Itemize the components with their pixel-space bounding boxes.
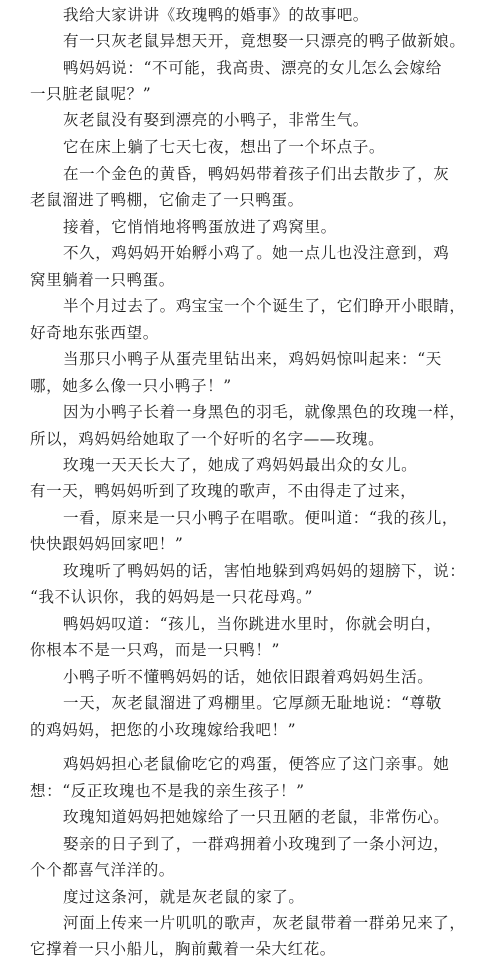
text-line: 当那只小鸭子从蛋壳里钻出来，鸡妈妈惊叫起来：“天 [63, 347, 442, 371]
text-line: 窝里躺着一只鸭蛋。 [30, 268, 175, 292]
text-line: 在一个金色的黄昏，鸭妈妈带着孩子们出去散步了，灰 [63, 162, 449, 186]
text-line: 的鸡妈妈，把您的小玫瑰嫁给我吧！” [30, 718, 296, 742]
text-line: 你根本不是一只鸡，而是一只鸭！” [30, 638, 280, 662]
text-line: 不久，鸡妈妈开始孵小鸡了。她一点儿也没注意到，鸡 [63, 241, 449, 265]
text-line: “我不认识你，我的妈妈是一只花母鸡。” [30, 585, 313, 609]
text-line: 一看，原来是一只小鸭子在唱歌。便叫道：“我的孩儿， [63, 506, 458, 530]
text-line: 有一天，鸭妈妈听到了玫瑰的歌声，不由得走了过来， [30, 479, 416, 503]
text-line: 鸡妈妈担心老鼠偷吃它的鸡蛋，便答应了这门亲事。她 [63, 752, 449, 776]
text-line: 娶亲的日子到了，一群鸡拥着小玫瑰到了一条小河边， [63, 832, 449, 856]
text-line: 老鼠溜进了鸭棚，它偷走了一只鸭蛋。 [30, 188, 304, 212]
text-line: 我给大家讲讲《玫瑰鸭的婚事》的故事吧。 [63, 3, 369, 27]
text-line: 河面上传来一片叽叽的歌声，灰老鼠带着一群弟兄来了， [63, 911, 466, 935]
text-line: 因为小鸭子长着一身黑色的羽毛，就像黑色的玫瑰一样， [63, 400, 466, 424]
text-line: 快快跟妈妈回家吧！” [30, 532, 183, 556]
text-line: 个个都喜气洋洋的。 [30, 858, 175, 882]
text-line: 小鸭子听不懂鸭妈妈的话，她依旧跟着鸡妈妈生活。 [63, 665, 433, 689]
text-line: 一天，灰老鼠溜进了鸡棚里。它厚颜无耻地说：“尊敬 [63, 691, 442, 715]
text-line: 它在床上躺了七天七夜，想出了一个坏点子。 [63, 135, 385, 159]
text-line: 半个月过去了。鸡宝宝一个个诞生了，它们睁开小眼睛， [63, 294, 466, 318]
text-line: 哪，她多么像一只小鸭子！” [30, 374, 232, 398]
text-line: 玫瑰听了鸭妈妈的话，害怕地躲到鸡妈妈的翅膀下，说： [63, 559, 466, 583]
text-line: 它撑着一只小船儿，胸前戴着一朵大红花。 [30, 937, 336, 961]
text-line: 想：“反正玫瑰也不是我的亲生孩子！” [30, 779, 305, 803]
story-page: 我给大家讲讲《玫瑰鸭的婚事》的故事吧。有一只灰老鼠异想天开，竟想娶一只漂亮的鸭子… [0, 0, 500, 963]
text-line: 接着，它悄悄地将鸭蛋放进了鸡窝里。 [63, 215, 337, 239]
text-line: 度过这条河，就是灰老鼠的家了。 [63, 885, 305, 909]
text-line: 鸭妈妈说：“不可能，我高贵、漂亮的女儿怎么会嫁给 [63, 56, 442, 80]
text-line: 灰老鼠没有娶到漂亮的小鸭子，非常生气。 [63, 108, 369, 132]
text-line: 好奇地东张西望。 [30, 321, 159, 345]
text-line: 鸭妈妈叹道：“孩儿，当你跳进水里时，你就会明白， [63, 612, 442, 636]
text-line: 一只脏老鼠呢？” [30, 82, 151, 106]
text-line: 玫瑰一天天长大了，她成了鸡妈妈最出众的女儿。 [63, 453, 417, 477]
text-line: 玫瑰知道妈妈把她嫁给了一只丑陋的老鼠，非常伤心。 [63, 805, 449, 829]
text-line: 有一只灰老鼠异想天开，竟想娶一只漂亮的鸭子做新娘。 [63, 29, 466, 53]
text-line: 所以，鸡妈妈给她取了一个好听的名字——玫瑰。 [30, 427, 384, 451]
